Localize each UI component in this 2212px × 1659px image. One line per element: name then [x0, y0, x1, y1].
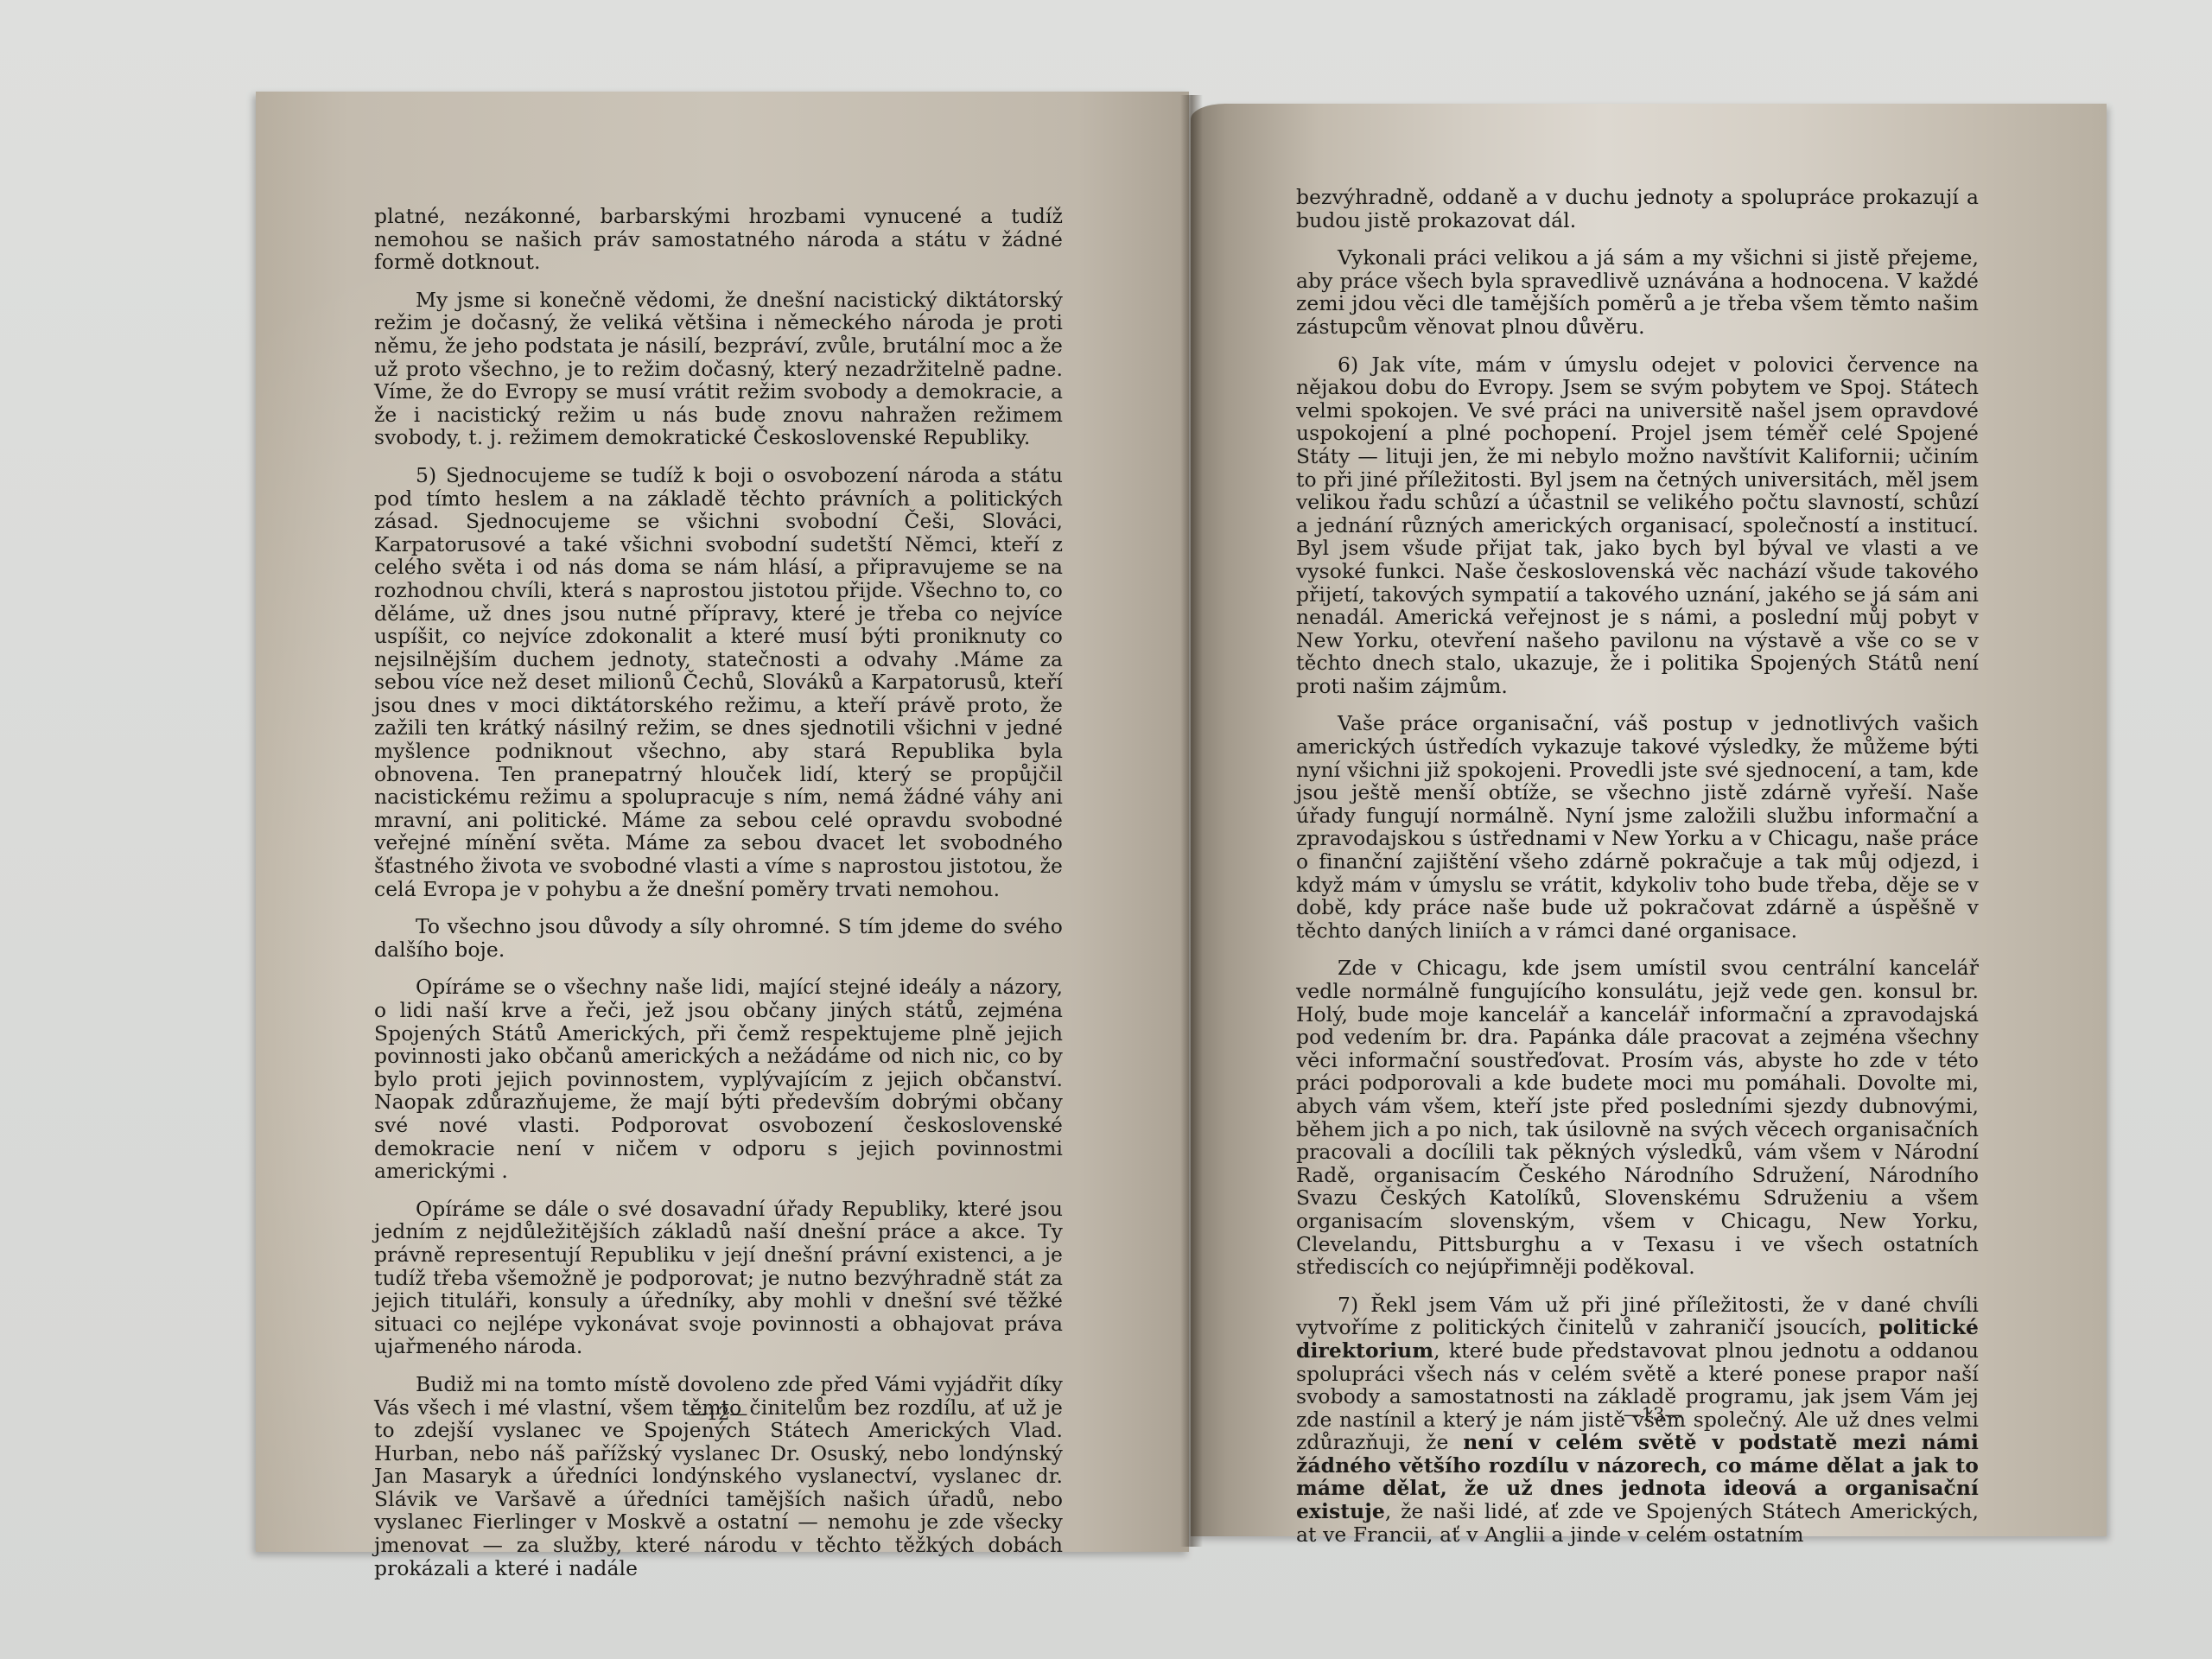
paragraph: Vykonali práci velikou a já sám a my vši…: [1296, 246, 1979, 338]
paragraph: 6) Jak víte, mám v úmyslu odejet v polov…: [1296, 353, 1979, 698]
page-number: —13—: [1567, 1404, 1739, 1425]
paragraph: Opíráme se o všechny naše lidi, mající s…: [374, 976, 1063, 1182]
paragraph: Opíráme se dále o své dosavadní úřady Re…: [374, 1198, 1063, 1358]
paragraph: Vaše práce organisační, váš postup v jed…: [1296, 712, 1979, 942]
left-page: platné, nezákonné, barbarskými hrozbami …: [256, 92, 1189, 1552]
paragraph: To všechno jsou důvody a síly ohromné. S…: [374, 915, 1063, 961]
paragraph: My jsme si konečně vědomi, že dnešní nac…: [374, 289, 1063, 449]
paragraph: 5) Sjednocujeme se tudíž k boji o osvobo…: [374, 464, 1063, 900]
paragraph: platné, nezákonné, barbarskými hrozbami …: [374, 205, 1063, 274]
book-spine-fold: [1180, 95, 1203, 1547]
text-run: , že naši lidé, ať zde ve Spojených Stát…: [1296, 1499, 1979, 1547]
paragraph: Zde v Chicagu, kde jsem umístil svou cen…: [1296, 957, 1979, 1278]
right-page-text: bezvýhradně, oddaně a v duchu jednoty a …: [1296, 186, 1979, 1560]
text-run: 7) Řekl jsem Vám už při jiné příležitost…: [1296, 1293, 1979, 1340]
page-number: —12—: [632, 1403, 804, 1424]
right-page: bezvýhradně, oddaně a v duchu jednoty a …: [1191, 104, 2107, 1536]
paragraph: bezvýhradně, oddaně a v duchu jednoty a …: [1296, 186, 1979, 232]
left-page-text: platné, nezákonné, barbarskými hrozbami …: [374, 205, 1063, 1594]
